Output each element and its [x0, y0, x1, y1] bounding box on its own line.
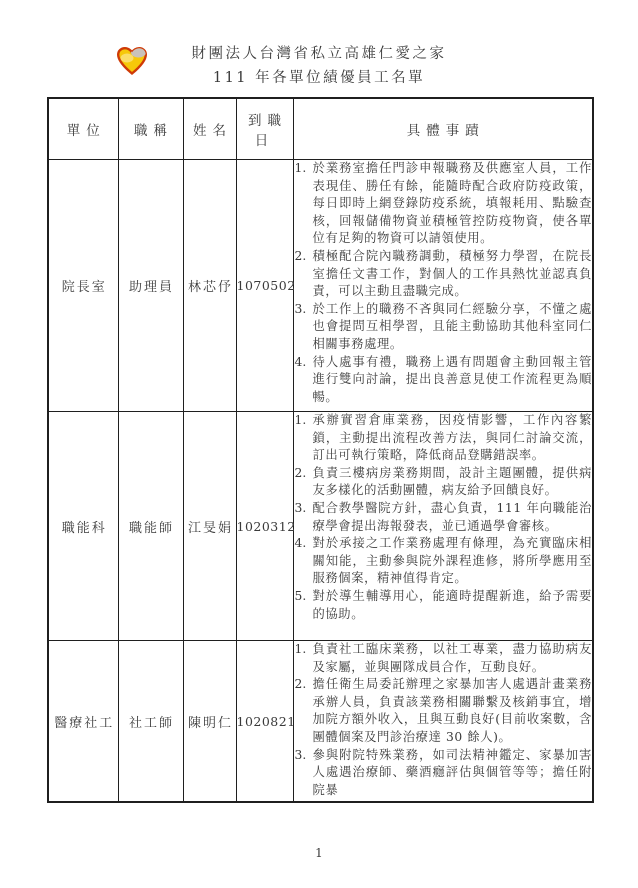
page-title: 111 年各單位績優員工名單	[0, 66, 638, 90]
achievement-item: 對於承接之工作業務處理有條理，為充實臨床相關知能，主動參與院外課程進修，將所學應…	[294, 535, 593, 588]
table-row: 院長室 助理員 林芯伃 1070502 於業務室擔任門診申報職務及供應室人員，工…	[48, 160, 593, 412]
table-row: 職能科 職能師 江旻娟 1020312 承辦實習倉庫業務，因疫情影響，工作內容繁…	[48, 412, 593, 641]
achievement-item: 參與附院特殊業務，如司法精神鑑定、家暴加害人處遇治療師、藥酒癮評估與個管等等；擔…	[294, 747, 593, 800]
page-number: 1	[0, 846, 638, 860]
column-header-achievements: 具體事蹟	[293, 98, 593, 160]
achievements-cell: 承辦實習倉庫業務，因疫情影響，工作內容繁鎖，主動提出流程改善方法，與同仁討論交流…	[293, 412, 593, 641]
unit-cell: 醫療社工	[48, 641, 118, 803]
title-cell: 社工師	[118, 641, 183, 803]
title-cell: 助理員	[118, 160, 183, 412]
achievement-item: 負責三樓病房業務期間，設計主題團體，提供病友多樣化的活動團體，病友給予回饋良好。	[294, 465, 593, 500]
achievement-item: 待人處事有禮，職務上遇有問題會主動回報主管進行雙向討論，提出良善意見使工作流程更…	[294, 354, 593, 407]
achievement-item: 承辦實習倉庫業務，因疫情影響，工作內容繁鎖，主動提出流程改善方法，與同仁討論交流…	[294, 412, 593, 465]
column-header-name: 姓名	[183, 98, 236, 160]
achievement-item: 配合教學醫院方針，盡心負責，111 年向職能治療學會提出海報發表，並已通過學會審…	[294, 500, 593, 535]
achievement-list: 負責社工臨床業務，以社工專業，盡力協助病友及家屬，並與團隊成員合作，互動良好。 …	[294, 641, 593, 799]
achievements-cell: 負責社工臨床業務，以社工專業，盡力協助病友及家屬，並與團隊成員合作，互動良好。 …	[293, 641, 593, 803]
document-header: 財團法人台灣省私立高雄仁愛之家 111 年各單位績優員工名單	[0, 42, 638, 94]
table-header-row: 單位 職稱 姓名 到職日 具體事蹟	[48, 98, 593, 160]
start-date-cell: 1070502	[236, 160, 293, 412]
unit-cell: 職能科	[48, 412, 118, 641]
column-header-unit: 單位	[48, 98, 118, 160]
document-page: 財團法人台灣省私立高雄仁愛之家 111 年各單位績優員工名單 單位 職稱 姓名 …	[0, 0, 638, 888]
achievements-cell: 於業務室擔任門診申報職務及供應室人員，工作表現佳、勝任有餘，能隨時配合政府防疫政…	[293, 160, 593, 412]
start-date-cell: 1020821	[236, 641, 293, 803]
column-header-start-date: 到職日	[236, 98, 293, 160]
achievement-item: 於業務室擔任門診申報職務及供應室人員，工作表現佳、勝任有餘，能隨時配合政府防疫政…	[294, 160, 593, 248]
column-header-title: 職稱	[118, 98, 183, 160]
name-cell: 江旻娟	[183, 412, 236, 641]
achievement-item: 擔任衛生局委託辦理之家暴加害人處遇計畫業務承辦人員，負責該業務相關聯繫及核銷事宜…	[294, 676, 593, 746]
start-date-cell: 1020312	[236, 412, 293, 641]
name-cell: 林芯伃	[183, 160, 236, 412]
employee-roster-table: 單位 職稱 姓名 到職日 具體事蹟 院長室 助理員 林芯伃 1070502 於業…	[47, 97, 594, 803]
organization-name: 財團法人台灣省私立高雄仁愛之家	[0, 42, 638, 66]
title-cell: 職能師	[118, 412, 183, 641]
achievement-list: 承辦實習倉庫業務，因疫情影響，工作內容繁鎖，主動提出流程改善方法，與同仁討論交流…	[294, 412, 593, 623]
achievement-item: 積極配合院內職務調動，積極努力學習，在院長室擔任文書工作，對個人的工作具熱忱並認…	[294, 248, 593, 301]
achievement-item: 對於導生輔導用心，能適時提醒新進，給予需要的協助。	[294, 588, 593, 623]
achievement-item: 負責社工臨床業務，以社工專業，盡力協助病友及家屬，並與團隊成員合作，互動良好。	[294, 641, 593, 676]
unit-cell: 院長室	[48, 160, 118, 412]
name-cell: 陳明仁	[183, 641, 236, 803]
table-row: 醫療社工 社工師 陳明仁 1020821 負責社工臨床業務，以社工專業，盡力協助…	[48, 641, 593, 803]
header-titles: 財團法人台灣省私立高雄仁愛之家 111 年各單位績優員工名單	[0, 42, 638, 90]
achievement-item: 於工作上的職務不吝與同仁經驗分享，不懂之處也會提問互相學習，且能主動協助其他科室…	[294, 301, 593, 354]
achievement-list: 於業務室擔任門診申報職務及供應室人員，工作表現佳、勝任有餘，能隨時配合政府防疫政…	[294, 160, 593, 406]
